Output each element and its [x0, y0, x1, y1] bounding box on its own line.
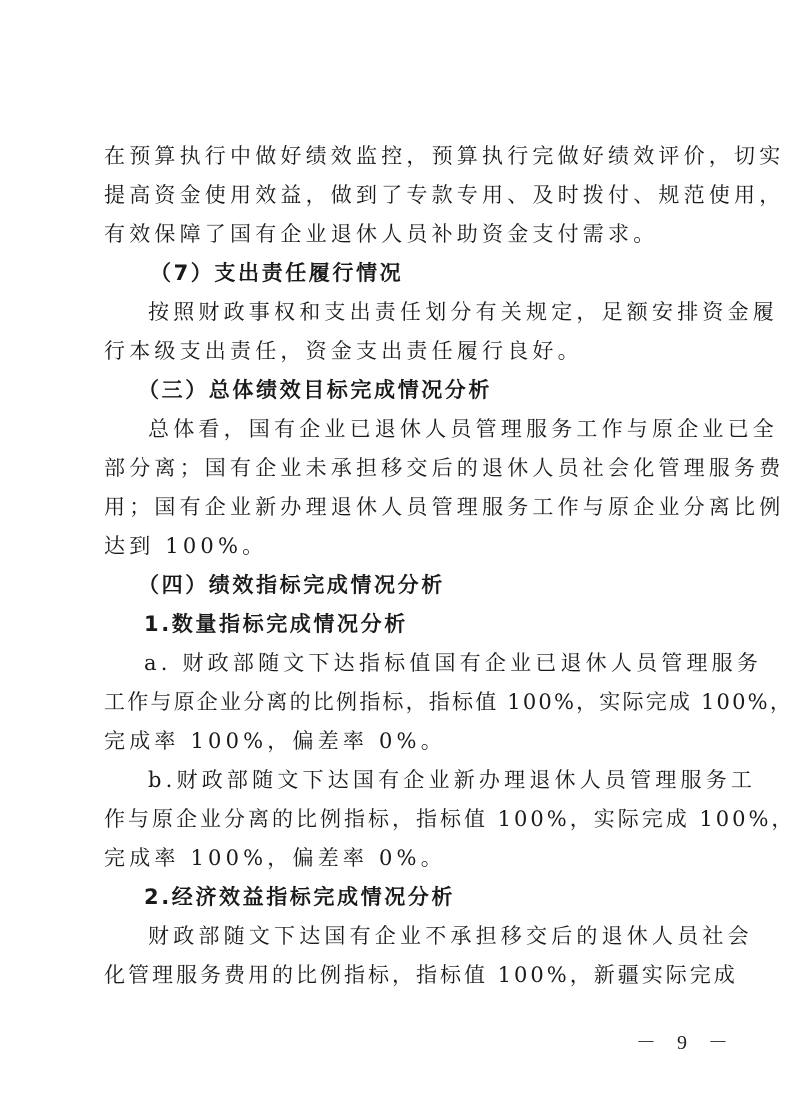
body-text-line: 在预算执行中做好绩效监控，预算执行完做好绩效评价，切实 — [104, 137, 688, 176]
body-text-line: b.财政部随文下达国有企业新办理退休人员管理服务工 — [104, 761, 688, 800]
body-text-line: 财政部随文下达国有企业不承担移交后的退休人员社会 — [104, 917, 688, 956]
body-text-line: 完成率 100%，偏差率 0%。 — [104, 839, 688, 878]
body-text-line: 总体看，国有企业已退休人员管理服务工作与原企业已全 — [104, 410, 688, 449]
body-text-line: 有效保障了国有企业退休人员补助资金支付需求。 — [104, 215, 688, 254]
subsection-heading-2: 2.经济效益指标完成情况分析 — [104, 878, 688, 917]
body-text-line: 达到 100%。 — [104, 527, 688, 566]
section-heading-7: （7）支出责任履行情况 — [104, 254, 688, 293]
body-text-line: 部分离；国有企业未承担移交后的退休人员社会化管理服务费 — [104, 449, 688, 488]
body-text-line: 化管理服务费用的比例指标，指标值 100%，新疆实际完成 — [104, 956, 688, 995]
body-text-line: 提高资金使用效益，做到了专款专用、及时拨付、规范使用， — [104, 176, 688, 215]
body-text-line: 行本级支出责任，资金支出责任履行良好。 — [104, 332, 688, 371]
body-text-line: 用；国有企业新办理退休人员管理服务工作与原企业分离比例 — [104, 488, 688, 527]
document-page: 在预算执行中做好绩效监控，预算执行完做好绩效评价，切实 提高资金使用效益，做到了… — [104, 137, 688, 995]
body-text-line: 工作与原企业分离的比例指标，指标值 100%，实际完成 100%， — [104, 683, 688, 722]
body-text-line: 按照财政事权和支出责任划分有关规定，足额安排资金履 — [104, 293, 688, 332]
body-text-line: 完成率 100%，偏差率 0%。 — [104, 722, 688, 761]
section-heading-3: （三）总体绩效目标完成情况分析 — [104, 371, 688, 410]
body-text-line: a. 财政部随文下达指标值国有企业已退休人员管理服务 — [104, 644, 688, 683]
subsection-heading-1: 1.数量指标完成情况分析 — [104, 605, 688, 644]
body-text-line: 作与原企业分离的比例指标，指标值 100%，实际完成 100%， — [104, 800, 688, 839]
page-number: － 9 － — [636, 1026, 736, 1055]
section-heading-4: （四）绩效指标完成情况分析 — [104, 566, 688, 605]
